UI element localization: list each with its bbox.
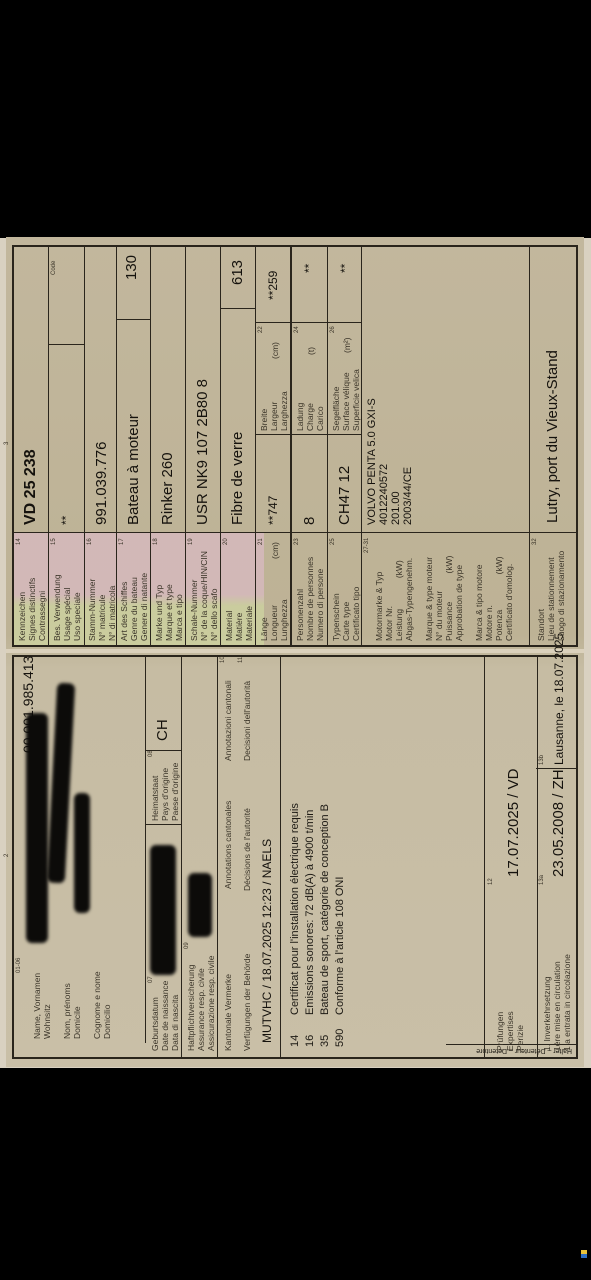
- vessel-row-plate: Kennzeichen Signes distinctifs Contrasse…: [14, 247, 49, 645]
- usage-value: **: [59, 516, 73, 525]
- field-number: 24: [294, 326, 300, 333]
- notes-list: 14Certificat pour l'installation électri…: [288, 803, 348, 1047]
- origin-labels: Heimatstaat Pays d'origine Paese d'origi…: [150, 763, 180, 821]
- width-value: **259: [266, 271, 280, 300]
- divider: [186, 532, 220, 533]
- redaction: [74, 793, 90, 913]
- divider: [49, 344, 84, 345]
- field-number: 09: [184, 942, 190, 949]
- hull-number: USR NK9 107 2B80 8: [194, 379, 211, 525]
- field-number: 14: [16, 538, 22, 545]
- note-item: 16Emissions sonores: 72 dB(A) à 4900 t/m…: [303, 803, 318, 1047]
- inspections-row: Prüfungen Expertises Perizie 12 17.07.20…: [484, 657, 538, 1057]
- inspection-date: 17.07.2025 / VD: [505, 769, 522, 877]
- divider: [256, 532, 290, 533]
- holder-section: 2 Halter – Détenteur – Detentore Name, V…: [12, 655, 578, 1059]
- vessel-row-persons: Personenzahl Nombre de personnes Numero …: [292, 247, 328, 645]
- cantonal-label-it: Annotazioni cantonali: [223, 680, 233, 761]
- divider: [151, 532, 185, 533]
- material-value: Fibre de verre: [229, 432, 246, 525]
- page-marker: 3: [4, 442, 10, 445]
- cantonal-row: Kantonale Vermerke Annotations cantonale…: [218, 657, 238, 1057]
- field-number: 16: [87, 538, 93, 545]
- vessel-row-location: Standort Lieu de stationnement Luogo di …: [530, 247, 576, 645]
- width-unit: (cm): [270, 342, 280, 359]
- first-registration-date: 23.05.2008 / ZH: [550, 769, 567, 877]
- location-labels: Standort Lieu de stationnement Luogo di …: [536, 551, 566, 641]
- vessel-row-hin: Schale-Nummer N° de la coque/HIN/CIN N° …: [186, 247, 221, 645]
- holder-birth-row: Geburtsdatum Date de naissance Data di n…: [146, 657, 182, 1057]
- length-value: **747: [266, 496, 280, 525]
- divider: [146, 750, 181, 751]
- divider: [256, 322, 290, 323]
- divider: [328, 434, 361, 435]
- typecert-labels: Typenschein Carte type Certificato tipo: [331, 587, 361, 641]
- page-marker: 2: [4, 854, 10, 857]
- field-number: 19: [188, 538, 194, 545]
- decisions-row: Verfügungen der Behörde Décisions de l'a…: [238, 657, 281, 1057]
- vessel-section: 3 Kennzeichen Signes distinctifs Contras…: [12, 245, 578, 647]
- divider: [221, 532, 255, 533]
- field-number: 10: [220, 656, 226, 663]
- vessel-row-make: Marke und Typ Marque et type Marca e tip…: [151, 247, 186, 645]
- width-labels: Breite Largeur Larghezza: [259, 391, 289, 431]
- field-number: 25: [330, 538, 336, 545]
- divider: [117, 532, 150, 533]
- field-number: 08: [148, 750, 154, 757]
- note-item: 14Certificat pour l'installation électri…: [288, 803, 303, 1047]
- vessel-genre: Bateau à moteur: [125, 414, 142, 525]
- divider: [536, 768, 576, 769]
- boat-registration-document: 2 Halter – Détenteur – Detentore Name, V…: [6, 237, 584, 1067]
- field-number: 26: [330, 326, 336, 333]
- vessel-row-genre: Art des Schiffes Genre du bateau Genere …: [117, 247, 151, 645]
- field-number: 20: [223, 538, 229, 545]
- engine-labels-de: Motormarke & Typ Motor Nr. Leistung (kW)…: [374, 558, 414, 641]
- engine-labels-it: Marca & tipo motore Motore n. Potenza (k…: [474, 556, 514, 641]
- engine-value: VOLVO PENTA 5.0 GXI-S 4012240572 201.00 …: [366, 398, 414, 525]
- field-number: 23: [294, 538, 300, 545]
- row-labels: Stamm-Nummer N° matricule N° di matricol…: [87, 579, 117, 641]
- sail-value: **: [338, 264, 352, 273]
- genre-code: 130: [123, 255, 140, 280]
- cantonal-label-fr: Annotations cantonales: [223, 801, 233, 889]
- note-item: 35Bateau de sport, catégorie de concepti…: [318, 803, 333, 1047]
- field-number: 01-06: [16, 958, 22, 973]
- load-value: **: [302, 264, 316, 273]
- load-unit: (t): [306, 347, 316, 355]
- code-label: Code: [51, 261, 57, 275]
- holder-name-row: Name, Vornamen Wohnsitz Nom, prénoms Dom…: [14, 657, 146, 1043]
- birth-labels: Geburtsdatum Date de naissance Data di n…: [150, 981, 180, 1051]
- note-item: 590Conforme à l'article 108 ONI: [333, 803, 348, 1047]
- divider: [362, 532, 529, 533]
- field-number: 13b: [539, 755, 545, 765]
- persons-labels: Personenzahl Nombre de personnes Numero …: [295, 557, 325, 641]
- redaction: [47, 683, 75, 884]
- field-number: 22: [258, 326, 264, 333]
- field-number: 32: [532, 538, 538, 545]
- insurance-labels: Haftpflichtversicherung Assurance resp. …: [186, 956, 216, 1051]
- vessel-row-usage: Bes. Verwendung Usage spécial Uso specia…: [49, 247, 85, 645]
- vessel-row-typecert: Typenschein Carte type Certificato tipo …: [328, 247, 362, 645]
- field-number: 21: [258, 538, 264, 545]
- divider: [49, 532, 84, 533]
- sail-labels: Segelfläche Surface vélique Superficie v…: [331, 369, 361, 431]
- decisions-label-it: Decisioni dell'autorità: [242, 681, 252, 761]
- divider: [14, 532, 48, 533]
- divider: [221, 308, 255, 309]
- divider: [85, 532, 116, 533]
- length-labels: Länge Longueur Lunghezza: [259, 599, 289, 641]
- origin-country: CH: [154, 719, 171, 741]
- row-labels: Material Matière Materiale: [224, 606, 254, 641]
- divider: [292, 434, 327, 435]
- field-number: 12: [488, 878, 494, 885]
- cantonal-label-de: Kantonale Vermerke: [223, 974, 233, 1051]
- divider: [328, 532, 361, 533]
- load-labels: Ladung Charge Carico: [295, 403, 325, 431]
- vessel-row-material: Material Matière Materiale 20 Fibre de v…: [221, 247, 256, 645]
- divider: [292, 532, 327, 533]
- decisions-label-de: Verfügungen der Behörde: [242, 954, 252, 1051]
- field-number: 15: [51, 538, 57, 545]
- holder-insurance-row: Haftpflichtversicherung Assurance resp. …: [182, 657, 218, 1057]
- status-indicator-icon: [581, 1250, 587, 1258]
- divider: [117, 319, 150, 320]
- row-labels: Kennzeichen Signes distinctifs Contrasse…: [17, 578, 47, 641]
- registration-plate: VD 25 238: [22, 449, 40, 525]
- holder-name-labels: Name, Vornamen Wohnsitz Nom, prénoms Dom…: [32, 971, 112, 1039]
- field-number: 17: [119, 538, 125, 545]
- divider: [328, 322, 361, 323]
- inspections-labels: Prüfungen Expertises Perizie: [495, 1011, 525, 1051]
- length-unit: (cm): [270, 542, 280, 559]
- row-labels: Art des Schiffes Genre du bateau Genere …: [119, 573, 149, 641]
- material-code: 613: [229, 260, 246, 285]
- matricule-value: 991.039.776: [93, 442, 110, 525]
- decisions-label-fr: Décisions de l'autorité: [242, 808, 252, 891]
- vessel-row-engine: 27-31 Motormarke & Typ Motor Nr. Leistun…: [362, 247, 530, 645]
- decision-entry: MUTVHC / 18.07.2025 12:23 / NAELS: [260, 839, 274, 1043]
- sail-unit: (m²): [342, 337, 352, 353]
- fold-line: [6, 649, 584, 653]
- vessel-row-matricule: Stamm-Nummer N° matricule N° di matricol…: [85, 247, 117, 645]
- divider: [530, 532, 576, 533]
- make-type: Rinker 260: [159, 452, 176, 525]
- engine-labels-fr: Marque & type moteur N° du moteur Puissa…: [424, 556, 464, 642]
- row-labels: Bes. Verwendung Usage spécial Uso specia…: [52, 574, 82, 641]
- issue-place-date: Lausanne, le 18.07.2025: [552, 633, 566, 765]
- row-labels: Schale-Nummer N° de la coque/HIN/CIN N° …: [189, 551, 219, 641]
- redaction: [150, 845, 176, 975]
- typecert-value: CH47 12: [336, 466, 353, 525]
- redaction: [188, 873, 212, 937]
- field-number: 13a: [539, 875, 545, 885]
- divider: [256, 434, 290, 435]
- field-number: 07: [148, 976, 154, 983]
- first-registration-labels: 1. Inverkehrsetzung 1ère mise en circula…: [542, 954, 572, 1051]
- divider: [292, 322, 327, 323]
- vessel-row-dimensions: Länge Longueur Lunghezza 21 (cm) **747 B…: [256, 247, 292, 645]
- location-value: Lutry, port du Vieux-Stand: [544, 350, 561, 523]
- row-labels: Marke und Typ Marque et type Marca e tip…: [154, 584, 184, 641]
- persons-value: 8: [301, 517, 318, 525]
- registration-row: 1. Inverkehrsetzung 1ère mise en circula…: [536, 657, 576, 1057]
- redaction: [26, 713, 48, 943]
- divider: [146, 824, 181, 825]
- field-number: 11: [238, 657, 244, 663]
- field-number: 18: [153, 538, 159, 545]
- field-number: 27-31: [364, 538, 370, 553]
